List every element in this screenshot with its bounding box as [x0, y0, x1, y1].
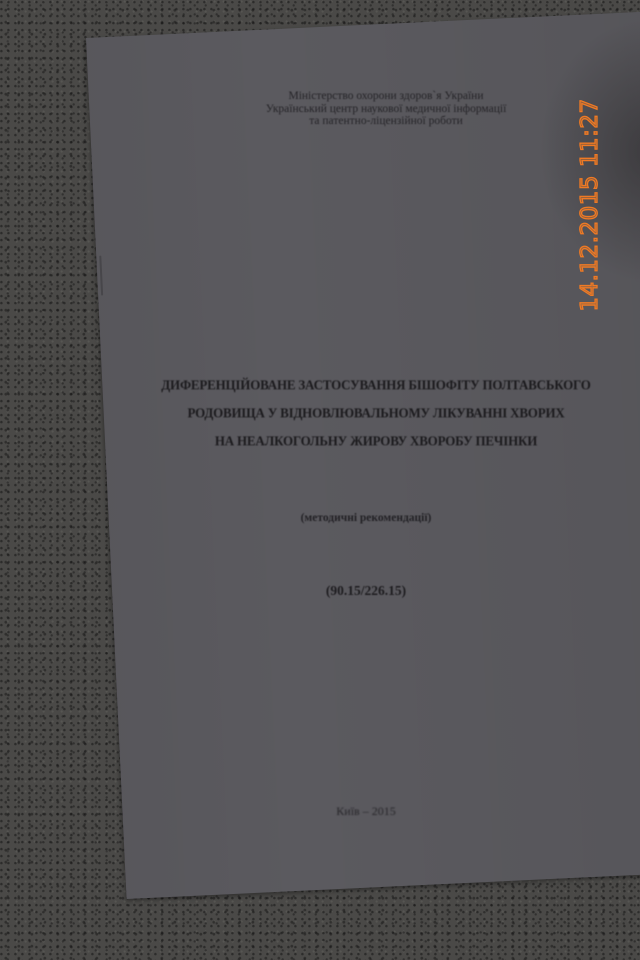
title-line-2: РОДОВИЩА У ВІДНОВЛЮВАЛЬНОМУ ЛІКУВАННІ ХВ… [116, 399, 636, 427]
registration-code: (90.15/226.15) [256, 583, 476, 599]
place-and-year: Київ – 2015 [276, 804, 456, 819]
page-content: Міністерство охорони здоров`я України Ук… [86, 38, 640, 899]
header-line-department: та патентно-ліцензійної роботи [206, 115, 566, 128]
document-title: ДИФЕРЕНЦІЙОВАНЕ ЗАСТОСУВАННЯ БІШОФІТУ ПО… [116, 371, 636, 455]
document-subtitle: (методичні рекомендації) [236, 512, 496, 524]
title-line-3: НА НЕАЛКОГОЛЬНУ ЖИРОВУ ХВОРОБУ ПЕЧІНКИ [116, 427, 636, 455]
document-cover-page: Міністерство охорони здоров`я України Ук… [86, 10, 640, 899]
header-line-ministry: Міністерство охорони здоров`я України [206, 90, 566, 103]
header-line-center: Український центр наукової медичної інфо… [206, 103, 566, 116]
issuing-organization: Міністерство охорони здоров`я України Ук… [206, 90, 566, 128]
title-line-1: ДИФЕРЕНЦІЙОВАНЕ ЗАСТОСУВАННЯ БІШОФІТУ ПО… [116, 371, 636, 399]
camera-date-stamp: 14.12.2015 11:27 [577, 98, 603, 311]
